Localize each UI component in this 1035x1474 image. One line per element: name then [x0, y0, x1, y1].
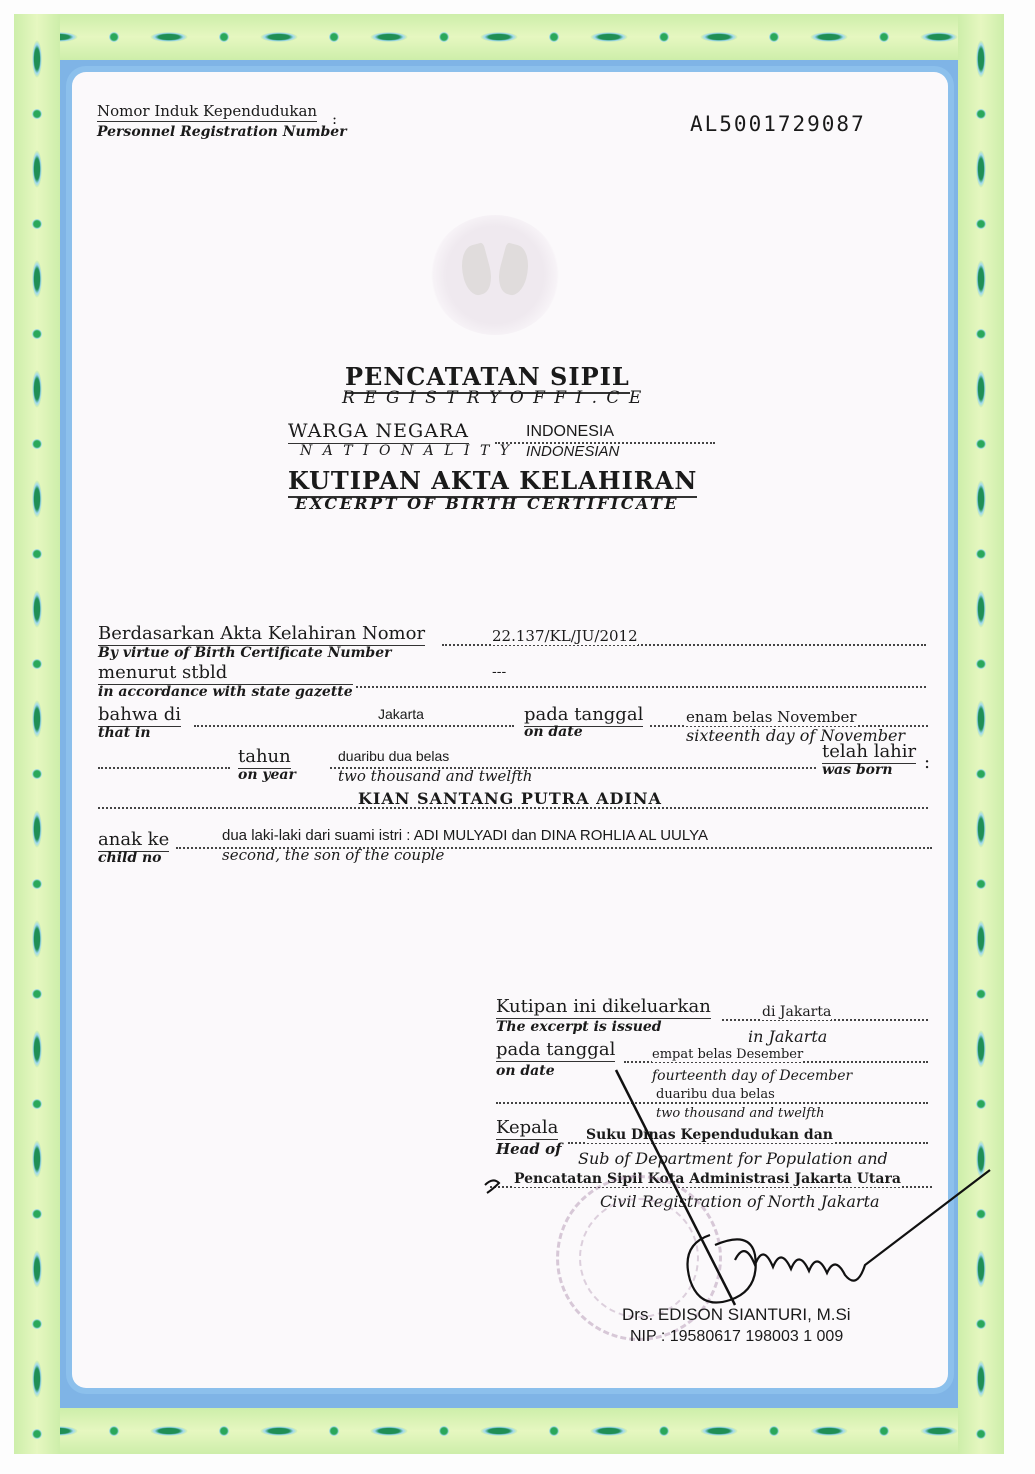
- gazette-value: ---: [492, 664, 506, 680]
- year-label: tahun: [238, 746, 291, 769]
- issued-label-en: The excerpt is issued: [496, 1019, 662, 1035]
- year-label-en: on year: [238, 767, 296, 783]
- year-value-en: two thousand and twelfth: [338, 767, 532, 785]
- gazette-label: menurut stbld: [98, 662, 353, 685]
- nationality-label: WARGA NEGARA: [288, 420, 469, 444]
- nik-label-en: Personnel Registration Number: [97, 124, 347, 140]
- born-label: telah lahir: [822, 741, 916, 764]
- office-title-en: R E G I S T R Y O F F I . C E: [342, 388, 643, 408]
- gazette-label-en: in accordance with state gazette: [98, 684, 353, 700]
- nik-colon: :: [332, 110, 337, 128]
- document-title-en: EXCERPT OF BIRTH CERTIFICATE: [295, 494, 679, 513]
- nik-label: Nomor Induk Kependudukan: [97, 102, 317, 122]
- border-pattern-top: [14, 14, 1004, 60]
- cert-no-label-en: By virtue of Birth Certificate Number: [98, 645, 391, 661]
- official-nip: NIP : 19580617 198003 1 009: [630, 1328, 843, 1346]
- born-colon: :: [924, 752, 930, 773]
- signature-icon: [480, 1060, 1000, 1340]
- border-pattern-left: [14, 14, 60, 1454]
- issued-label: Kutipan ini dikeluarkan: [496, 996, 711, 1019]
- nationality-value: INDONESIA: [526, 423, 614, 441]
- child-no-value: dua laki-laki dari suami istri : ADI MUL…: [222, 827, 708, 844]
- issued-date-label: pada tanggal: [496, 1039, 615, 1062]
- nationality-value-en: INDONESIAN: [526, 443, 619, 460]
- border-pattern-bottom: [14, 1408, 1004, 1454]
- issued-place: di Jakarta: [762, 1004, 831, 1020]
- place-label: bahwa di: [98, 704, 181, 727]
- date-value: enam belas November: [686, 708, 857, 726]
- cert-no-value: 22.137/KL/JU/2012: [492, 627, 638, 645]
- cert-no-label: Berdasarkan Akta Kelahiran Nomor: [98, 623, 425, 646]
- nationality-label-en: N A T I O N A L I T Y: [300, 443, 512, 459]
- serial-number: AL5001729087: [690, 112, 866, 136]
- official-name: Drs. EDISON SIANTURI, M.Si: [622, 1305, 851, 1325]
- garuda-emblem-icon: [430, 215, 560, 335]
- child-no-label-en: child no: [98, 850, 162, 866]
- place-value: Jakarta: [378, 706, 424, 722]
- year-value: duaribu dua belas: [338, 748, 449, 764]
- place-label-en: that in: [98, 725, 151, 741]
- born-label-en: was born: [822, 762, 893, 778]
- child-name: KIAN SANTANG PUTRA ADINA: [358, 789, 662, 808]
- date-label-en: on date: [524, 724, 583, 740]
- child-no-value-en: second, the son of the couple: [222, 846, 444, 864]
- gazette-dots: [356, 672, 926, 688]
- issued-place-en: in Jakarta: [748, 1027, 827, 1046]
- child-no-label: anak ke: [98, 829, 169, 852]
- place-dots: [194, 711, 514, 727]
- year-prefix-dots: [98, 755, 230, 769]
